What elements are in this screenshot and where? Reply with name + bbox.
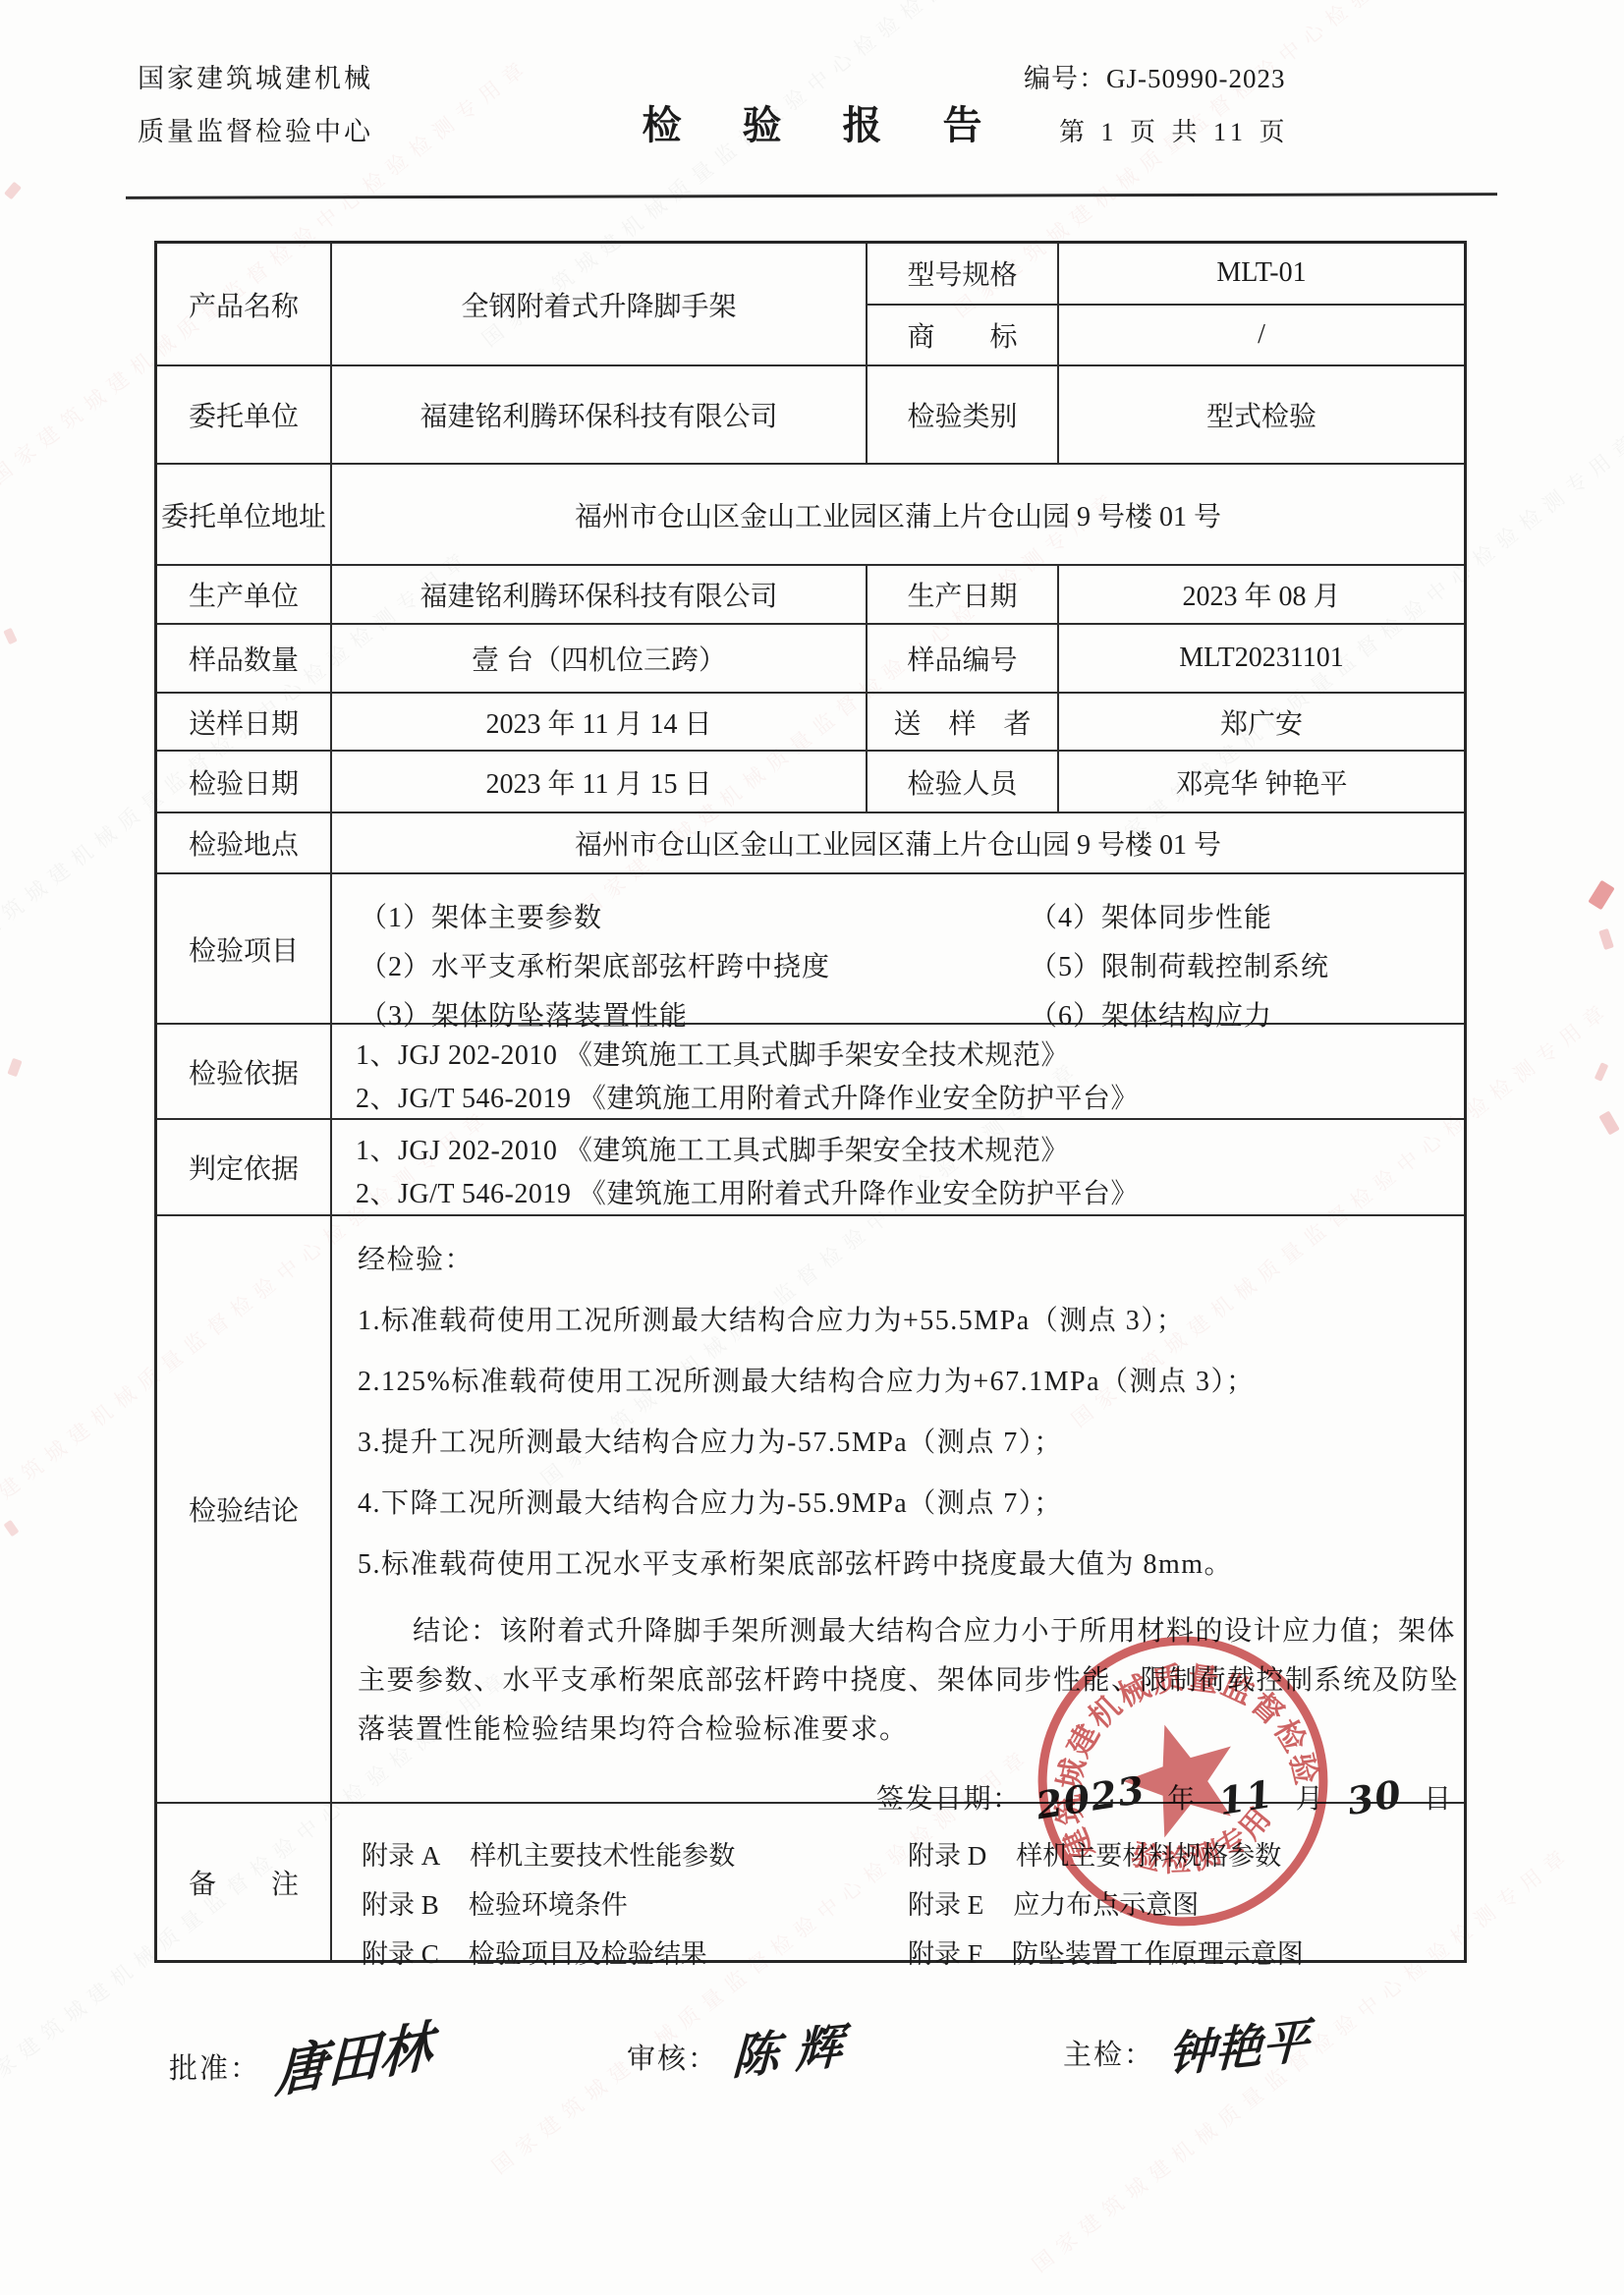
model-subrow: 型号规格 MLT-01 [868,244,1464,306]
trademark-subrow: 商 标 / [868,306,1464,365]
table-row-producer: 生产单位 福建铭利腾环保科技有限公司 生产日期 2023 年 08 月 [157,566,1464,625]
conclusion-line-3: 3.提升工况所测最大结构合应力为-57.5MPa（测点 7）； [358,1421,1461,1460]
product-name-label: 产品名称 [157,244,332,364]
appendix-c: 附录 C检验项目及检验结果 [362,1930,908,1979]
header-divider [126,193,1497,199]
send-date-label: 送样日期 [157,694,332,750]
appendix-a-title: 样机主要技术性能参数 [470,1841,735,1871]
approve-label: 批准： [169,2053,260,2085]
table-row-client: 委托单位 福建铭利腾环保科技有限公司 检验类别 型式检验 [157,366,1464,465]
table-row-judge: 判定依据 1、JGJ 202-2010 《建筑施工工具式脚手架安全技术规范》 2… [157,1120,1464,1216]
table-row-test-date: 检验日期 2023 年 11 月 15 日 检验人员 邓亮华 钟艳平 [157,752,1464,813]
judge-line-1: 1、JGJ 202-2010 《建筑施工工具式脚手架安全技术规范》 [356,1130,1464,1173]
item-2: （2）水平支承桁架底部弦杆跨中挠度 [360,943,1030,992]
item-4: （4）架体同步性能 [1030,894,1329,943]
conclusion-line-4: 4.下降工况所测最大结构合应力为-55.9MPa（测点 7）； [358,1482,1461,1521]
stamp-star [1111,1707,1252,1844]
check-signature: 钟艳平 [1167,2002,1311,2086]
table-row-client-address: 委托单位地址 福州市仓山区金山工业园区蒲上片仓山园 9 号楼 01 号 [157,465,1464,566]
conclusion-line-1: 1.标准载荷使用工况所测最大结构合应力为+55.5MPa（测点 3）； [358,1299,1461,1338]
conclusion-line-2: 2.125%标准载荷使用工况所测最大结构合应力为+67.1MPa（测点 3）； [358,1360,1461,1399]
inspection-type-value: 型式检验 [1059,366,1464,463]
page-title: 检 验 报 告 [0,94,1624,150]
seal-fragment [7,1058,22,1077]
seal-fragment [1598,1110,1619,1135]
page-indicator: 第 1 页 共 11 页 [1059,112,1290,148]
basis-line-2: 2、JG/T 546-2019 《建筑施工用附着式升降作业安全防护平台》 [356,1078,1464,1121]
table-row-product: 产品名称 全钢附着式升降脚手架 型号规格 MLT-01 商 标 / [157,244,1464,366]
remarks-label: 备 注 [157,1804,332,1960]
sample-qty-value: 壹 台（四机位三跨） [332,625,868,692]
inspection-type-label: 检验类别 [868,366,1059,463]
conclusion-intro: 经检验： [358,1238,1461,1277]
items-content: （1）架体主要参数 （2）水平支承桁架底部弦杆跨中挠度 （3）架体防坠落装置性能… [332,874,1464,1023]
check-signature-group: 主检：钟艳平 [1063,2010,1310,2078]
trademark-label: 商 标 [868,306,1059,365]
review-label: 审核： [627,2043,718,2075]
model-value: MLT-01 [1059,244,1464,304]
table-row-send-date: 送样日期 2023 年 11 月 14 日 送 样 者 郑广安 [157,694,1464,752]
appendix-b-code: 附录 B [362,1890,439,1920]
appendix-d-code: 附录 D [908,1841,986,1871]
sender-label: 送 样 者 [868,694,1059,750]
table-row-items: 检验项目 （1）架体主要参数 （2）水平支承桁架底部弦杆跨中挠度 （3）架体防坠… [157,874,1464,1025]
basis-line-1: 1、JGJ 202-2010 《建筑施工工具式脚手架安全技术规范》 [356,1035,1464,1078]
client-address-value: 福州市仓山区金山工业园区蒲上片仓山园 9 号楼 01 号 [332,465,1464,564]
judge-line-2: 2、JG/T 546-2019 《建筑施工用附着式升降作业安全防护平台》 [356,1173,1464,1216]
review-signature: 陈 辉 [731,2008,844,2088]
production-date-value: 2023 年 08 月 [1059,566,1464,623]
table-row-test-place: 检验地点 福州市仓山区金山工业园区蒲上片仓山园 9 号楼 01 号 [157,813,1464,874]
table-row-basis: 检验依据 1、JGJ 202-2010 《建筑施工工具式脚手架安全技术规范》 2… [157,1025,1464,1120]
judge-label: 判定依据 [157,1120,332,1214]
test-date-value: 2023 年 11 月 15 日 [332,752,868,812]
report-number: 编号：GJ-50990-2023 [1024,57,1286,95]
client-value: 福建铭利腾环保科技有限公司 [332,366,868,463]
sample-qty-label: 样品数量 [157,625,332,692]
item-1: （1）架体主要参数 [360,894,1030,943]
basis-content: 1、JGJ 202-2010 《建筑施工工具式脚手架安全技术规范》 2、JG/T… [332,1025,1464,1118]
producer-value: 福建铭利腾环保科技有限公司 [332,566,868,623]
seal-fragment [3,628,17,644]
trademark-value: / [1059,306,1464,365]
appendix-a-code: 附录 A [362,1841,440,1871]
items-label: 检验项目 [157,874,332,1023]
approve-signature: 唐田林 [274,2003,433,2108]
sample-number-label: 样品编号 [868,625,1059,692]
approve-signature-group: 批准：唐田林 [169,2018,433,2094]
staff-label: 检验人员 [868,752,1059,812]
model-label: 型号规格 [868,244,1059,304]
appendix-f-code: 附录 F [908,1939,982,1969]
seal-fragment [1588,880,1614,911]
review-signature-group: 审核：陈 辉 [627,2014,843,2082]
appendix-e-code: 附录 E [908,1890,983,1920]
check-label: 主检： [1063,2040,1154,2071]
test-place-value: 福州市仓山区金山工业园区蒲上片仓山园 9 号楼 01 号 [332,813,1464,872]
appendix-c-title: 检验项目及检验结果 [469,1939,707,1969]
table-row-sample: 样品数量 壹 台（四机位三跨） 样品编号 MLT20231101 [157,625,1464,694]
seal-fragment [4,1520,20,1537]
test-place-label: 检验地点 [157,813,332,872]
test-date-label: 检验日期 [157,752,332,812]
client-address-label: 委托单位地址 [157,465,332,564]
appendix-b: 附录 B检验环境条件 [362,1880,908,1930]
appendix-b-title: 检验环境条件 [469,1890,628,1920]
conclusion-line-5: 5.标准载荷使用工况水平支承桁架底部弦杆跨中挠度最大值为 8mm。 [358,1542,1461,1582]
client-label: 委托单位 [157,366,332,463]
send-date-value: 2023 年 11 月 14 日 [332,694,868,750]
product-name-value: 全钢附着式升降脚手架 [332,244,868,364]
seal-fragment [1598,928,1614,950]
appendix-a: 附录 A样机主要技术性能参数 [362,1831,908,1880]
report-page: 国家建筑城建机械质量监督检验中心检验检测专用章 国家建筑城建机械质量监督检验中心… [0,0,1624,2295]
sample-number-value: MLT20231101 [1059,625,1464,692]
seal-fragment [4,182,22,200]
sender-value: 郑广安 [1059,694,1464,750]
seal-fragment [1595,1062,1609,1082]
conclusion-label: 检验结论 [157,1216,332,1802]
producer-label: 生产单位 [157,566,332,623]
basis-label: 检验依据 [157,1025,332,1118]
staff-value: 邓亮华 钟艳平 [1059,752,1464,812]
item-5: （5）限制荷载控制系统 [1030,943,1329,992]
judge-content: 1、JGJ 202-2010 《建筑施工工具式脚手架安全技术规范》 2、JG/T… [332,1120,1464,1214]
org-name-line1: 国家建筑城建机械 [138,57,373,95]
production-date-label: 生产日期 [868,566,1059,623]
appendix-c-code: 附录 C [362,1939,439,1969]
conclusion-content: 经检验： 1.标准载荷使用工况所测最大结构合应力为+55.5MPa（测点 3）；… [332,1216,1515,1802]
